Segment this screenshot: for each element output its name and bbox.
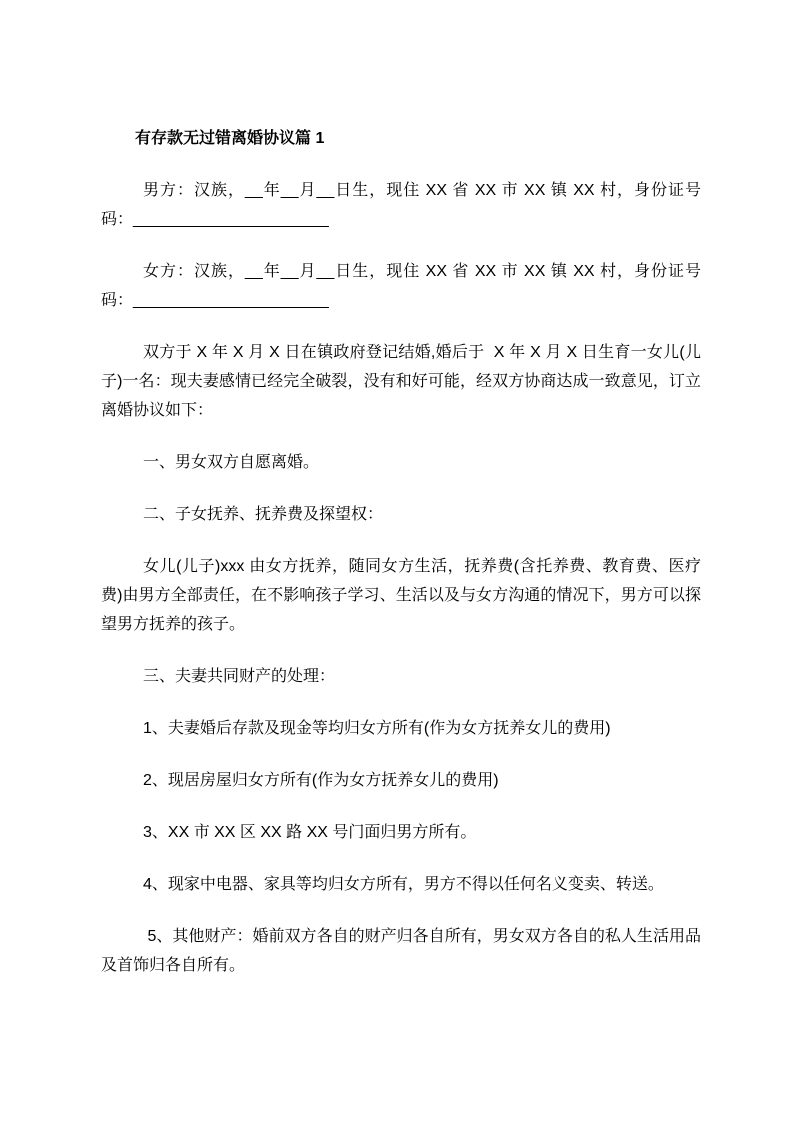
document-content: 有存款无过错离婚协议篇 1 男方：汉族，__年__月__日生，现住 XX 省 X…	[101, 124, 701, 1003]
document-page: 有存款无过错离婚协议篇 1 男方：汉族，__年__月__日生，现住 XX 省 X…	[0, 0, 793, 1122]
property-item-1-savings: 1、夫妻婚后存款及现金等均归女方所有(作为女方抚养女儿的费用)	[101, 714, 701, 743]
document-title: 有存款无过错离婚协议篇 1	[101, 124, 701, 153]
clause-1-voluntary-divorce: 一、男女双方自愿离婚。	[101, 448, 701, 477]
clause-2-custody-heading: 二、子女抚养、抚养费及探望权：	[101, 500, 701, 529]
property-item-3-shopfront: 3、XX 市 XX 区 XX 路 XX 号门面归男方所有。	[101, 818, 701, 847]
clause-3-property-heading: 三、夫妻共同财产的处理：	[101, 662, 701, 691]
paragraph-husband-info: 男方：汉族，__年__月__日生，现住 XX 省 XX 市 XX 镇 XX 村，…	[101, 176, 701, 234]
property-item-5-other: 5、其他财产：婚前双方各自的财产归各自所有，男女双方各自的私人生活用品及首饰归各…	[101, 922, 701, 980]
property-item-2-house: 2、现居房屋归女方所有(作为女方抚养女儿的费用)	[101, 766, 701, 795]
paragraph-wife-info: 女方：汉族，__年__月__日生，现住 XX 省 XX 市 XX 镇 XX 村，…	[101, 257, 701, 315]
paragraph-custody-details: 女儿(儿子)xxx 由女方抚养，随同女方生活，抚养费(含托养费、教育费、医疗费)…	[101, 552, 701, 639]
property-item-4-appliances: 4、现家中电器、家具等均归女方所有，男方不得以任何名义变卖、转送。	[101, 870, 701, 899]
paragraph-marriage-background: 双方于 X 年 X 月 X 日在镇政府登记结婚,婚后于 X 年 X 月 X 日生…	[101, 338, 701, 425]
